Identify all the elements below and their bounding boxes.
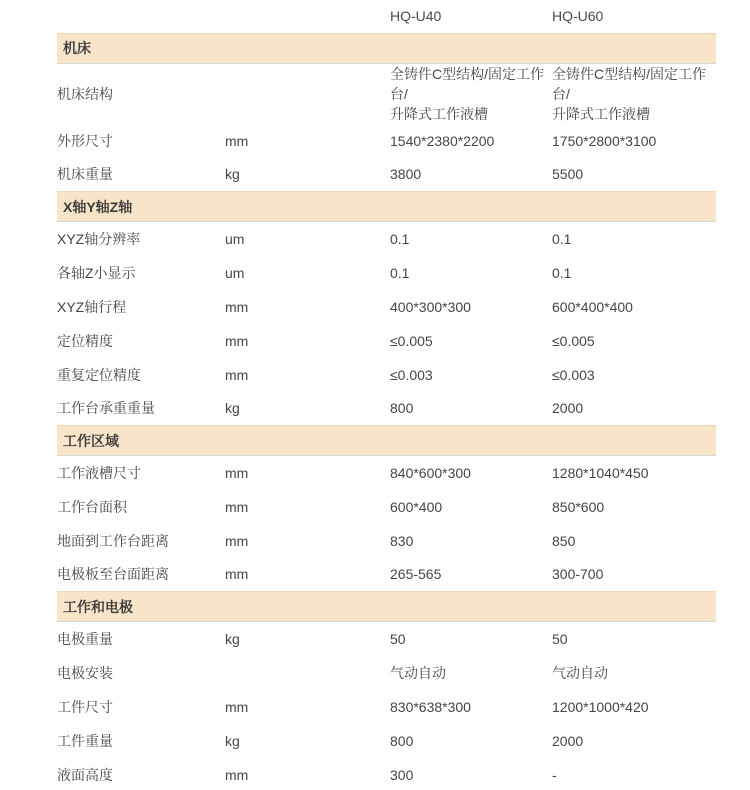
spec-unit: um	[225, 222, 390, 256]
spec-table: HQ-U40 HQ-U60 机床机床结构全铸件C型结构/固定工作台/ 升降式工作…	[57, 0, 716, 790]
spec-unit: mm	[225, 124, 390, 158]
spec-row: 地面到工作台距离mm830850	[57, 524, 716, 558]
spec-value-u60: 气动自动	[552, 656, 716, 690]
spec-value-u40: 50	[390, 622, 552, 656]
spec-value-u60: 2000	[552, 392, 716, 426]
spec-unit: kg	[225, 392, 390, 426]
spec-value-u40: 0.1	[390, 222, 552, 256]
spec-value-u60: 1200*1000*420	[552, 690, 716, 724]
spec-value-u60: 0.1	[552, 256, 716, 290]
spec-unit: mm	[225, 456, 390, 490]
model-name-u60: HQ-U60	[552, 0, 716, 33]
spec-unit: kg	[225, 622, 390, 656]
spec-row: 外形尺寸mm1540*2380*22001750*2800*3100	[57, 124, 716, 158]
spec-value-u60: 850	[552, 524, 716, 558]
spec-value-u60: 300-700	[552, 558, 716, 592]
unit-column-header	[225, 0, 390, 33]
spec-value-u40: 600*400	[390, 490, 552, 524]
model-header-row: HQ-U40 HQ-U60	[57, 0, 716, 33]
spec-unit: kg	[225, 158, 390, 192]
spec-row: 定位精度mm≤0.005≤0.005	[57, 324, 716, 358]
spec-row: 电极重量kg5050	[57, 622, 716, 656]
param-column-header	[57, 0, 225, 33]
spec-value-u40: 300	[390, 758, 552, 790]
spec-unit	[225, 63, 390, 124]
spec-value-u40: 265-565	[390, 558, 552, 592]
spec-label: XYZ轴分辨率	[57, 222, 225, 256]
spec-value-u40: 800	[390, 724, 552, 758]
spec-label: 工件重量	[57, 724, 225, 758]
spec-value-u40: ≤0.003	[390, 358, 552, 392]
spec-unit: mm	[225, 690, 390, 724]
spec-row: 工件重量kg8002000	[57, 724, 716, 758]
spec-row: 各轴Z小显示um0.10.1	[57, 256, 716, 290]
spec-label: 电极板至台面距离	[57, 558, 225, 592]
spec-unit: mm	[225, 758, 390, 790]
spec-unit: mm	[225, 290, 390, 324]
spec-value-u40: 3800	[390, 158, 552, 192]
spec-row: 工作台承重重量kg8002000	[57, 392, 716, 426]
spec-unit: mm	[225, 324, 390, 358]
spec-unit	[225, 656, 390, 690]
spec-row: 机床结构全铸件C型结构/固定工作台/ 升降式工作液槽全铸件C型结构/固定工作台/…	[57, 63, 716, 124]
spec-unit: mm	[225, 558, 390, 592]
spec-unit: mm	[225, 358, 390, 392]
spec-value-u60: 5500	[552, 158, 716, 192]
section-header-row: 机床	[57, 33, 716, 63]
spec-value-u40: ≤0.005	[390, 324, 552, 358]
spec-row: 工作液槽尺寸mm840*600*3001280*1040*450	[57, 456, 716, 490]
section-title: 机床	[57, 33, 716, 63]
spec-value-u40: 1540*2380*2200	[390, 124, 552, 158]
section-header-row: 工作区域	[57, 426, 716, 456]
spec-row: 液面高度mm300-	[57, 758, 716, 790]
spec-value-u60: 2000	[552, 724, 716, 758]
spec-value-u40: 830*638*300	[390, 690, 552, 724]
section-header-row: X轴Y轴Z轴	[57, 192, 716, 222]
spec-value-u60: ≤0.003	[552, 358, 716, 392]
spec-unit: mm	[225, 490, 390, 524]
spec-value-u60: -	[552, 758, 716, 790]
spec-row: XYZ轴行程mm400*300*300600*400*400	[57, 290, 716, 324]
spec-label: 各轴Z小显示	[57, 256, 225, 290]
section-title: 工作区域	[57, 426, 716, 456]
spec-label: 工作台承重重量	[57, 392, 225, 426]
spec-label: 电极安装	[57, 656, 225, 690]
spec-label: 机床重量	[57, 158, 225, 192]
spec-row: 机床重量kg38005500	[57, 158, 716, 192]
spec-unit: mm	[225, 524, 390, 558]
spec-value-u40: 830	[390, 524, 552, 558]
spec-row: 工作台面积mm600*400850*600	[57, 490, 716, 524]
spec-value-u60: 1750*2800*3100	[552, 124, 716, 158]
spec-unit: kg	[225, 724, 390, 758]
spec-label: 液面高度	[57, 758, 225, 790]
spec-unit: um	[225, 256, 390, 290]
spec-value-u40: 全铸件C型结构/固定工作台/ 升降式工作液槽	[390, 63, 552, 124]
spec-row: 电极安装气动自动气动自动	[57, 656, 716, 690]
spec-row: 工件尺寸mm830*638*3001200*1000*420	[57, 690, 716, 724]
spec-value-u40: 840*600*300	[390, 456, 552, 490]
spec-label: 外形尺寸	[57, 124, 225, 158]
spec-label: 地面到工作台距离	[57, 524, 225, 558]
spec-row: XYZ轴分辨率um0.10.1	[57, 222, 716, 256]
section-title: X轴Y轴Z轴	[57, 192, 716, 222]
spec-value-u60: 1280*1040*450	[552, 456, 716, 490]
spec-value-u40: 0.1	[390, 256, 552, 290]
spec-label: 重复定位精度	[57, 358, 225, 392]
spec-label: 机床结构	[57, 63, 225, 124]
spec-row: 电极板至台面距离mm265-565300-700	[57, 558, 716, 592]
spec-value-u40: 气动自动	[390, 656, 552, 690]
spec-value-u60: 全铸件C型结构/固定工作台/ 升降式工作液槽	[552, 63, 716, 124]
spec-value-u40: 800	[390, 392, 552, 426]
spec-value-u60: 50	[552, 622, 716, 656]
spec-label: 工件尺寸	[57, 690, 225, 724]
section-header-row: 工作和电极	[57, 592, 716, 622]
spec-value-u60: 600*400*400	[552, 290, 716, 324]
spec-value-u40: 400*300*300	[390, 290, 552, 324]
spec-value-u60: 850*600	[552, 490, 716, 524]
spec-value-u60: ≤0.005	[552, 324, 716, 358]
section-title: 工作和电极	[57, 592, 716, 622]
spec-label: 定位精度	[57, 324, 225, 358]
spec-label: 工作台面积	[57, 490, 225, 524]
spec-label: 电极重量	[57, 622, 225, 656]
spec-label: XYZ轴行程	[57, 290, 225, 324]
spec-value-u60: 0.1	[552, 222, 716, 256]
spec-label: 工作液槽尺寸	[57, 456, 225, 490]
model-name-u40: HQ-U40	[390, 0, 552, 33]
spec-row: 重复定位精度mm≤0.003≤0.003	[57, 358, 716, 392]
